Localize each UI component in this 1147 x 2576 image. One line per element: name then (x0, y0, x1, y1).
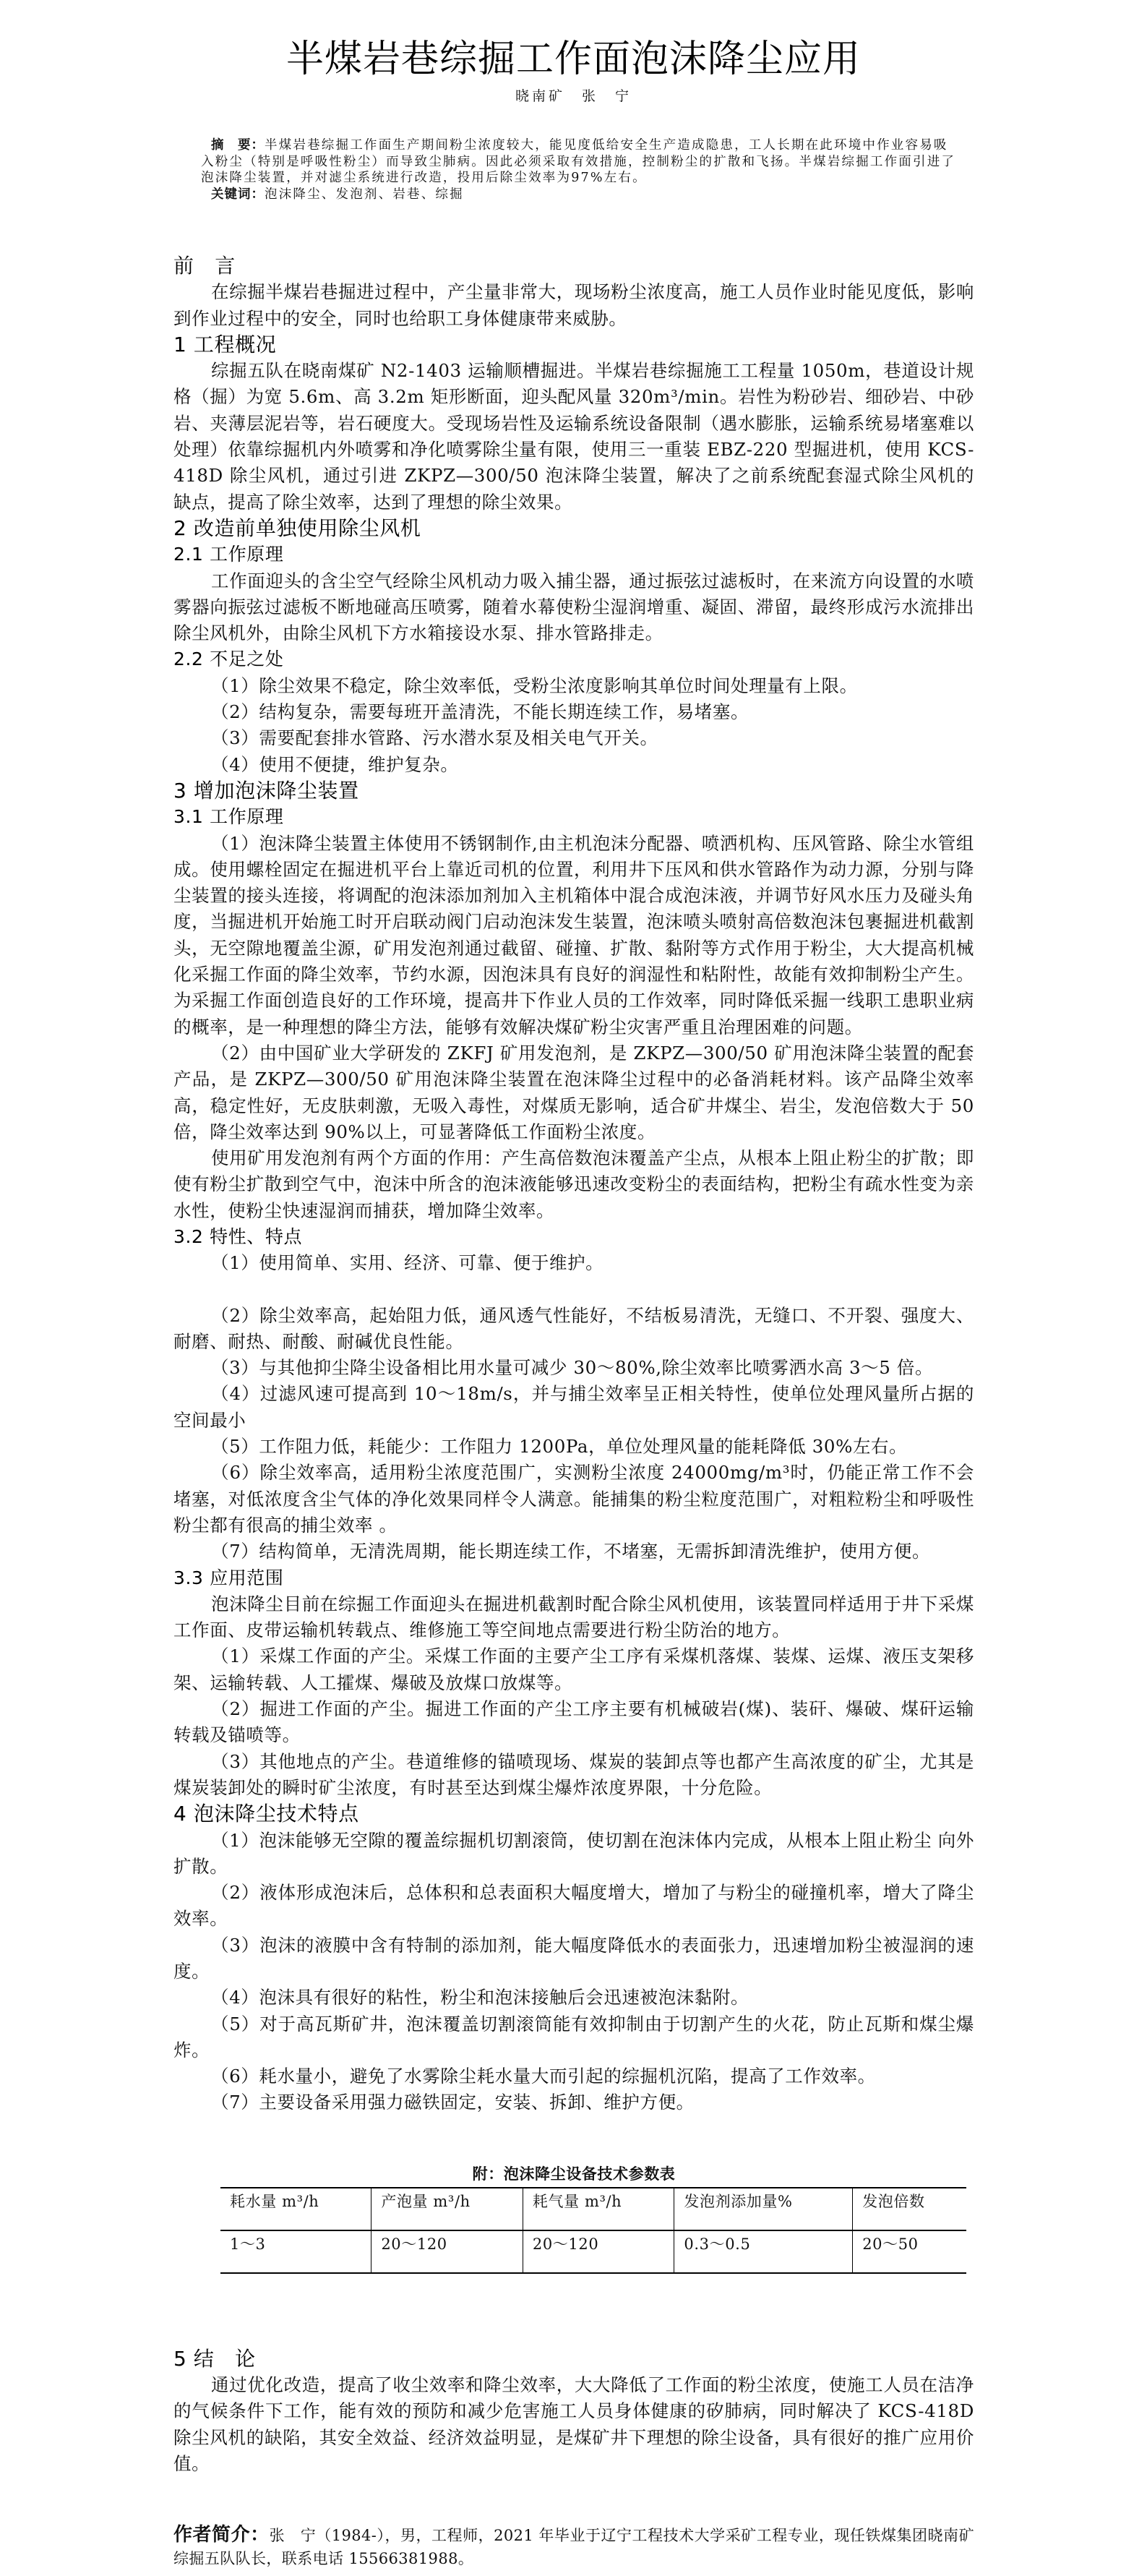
paragraph: （1）泡沫降尘装置主体使用不锈钢制作,由主机泡沫分配器、喷洒机构、压风管路、除尘… (173, 831, 974, 1040)
heading-section-2-2: 2.2 不足之处 (173, 646, 974, 672)
abstract-text: 半煤岩巷综掘工作面生产期间粉尘浓度较大，能见度低给安全生产造成隐患，工人长期在此… (201, 138, 955, 185)
list-item: （3）与其他抑尘降尘设备相比用水量可减少 30～80%,除尘效率比喷雾洒水高 3… (173, 1355, 974, 1381)
table-caption: 附：泡沫降尘设备技术参数表 (173, 2164, 974, 2184)
paragraph: 使用矿用发泡剂有两个方面的作用：产生高倍数泡沫覆盖产尘点，从根本上阻止粉尘的扩散… (173, 1145, 974, 1224)
table-header-cell: 发泡剂添加量% (674, 2188, 853, 2230)
list-item: （2）除尘效率高，起始阻力低，通风透气性能好，不结板易清洗，无缝口、不开裂、强度… (173, 1303, 974, 1356)
list-item: （1）使用简单、实用、经济、可靠、便于维护。 (173, 1250, 974, 1276)
heading-section-3-3: 3.3 应用范围 (173, 1565, 974, 1591)
list-item: （3）泡沫的液膜中含有特制的添加剂，能大幅度降低水的表面张力，迅速增加粉尘被湿润… (173, 1933, 974, 1985)
spacer (173, 2274, 974, 2346)
table-header-row: 耗水量 m³/h 产泡量 m³/h 耗气量 m³/h 发泡剂添加量% 发泡倍数 (220, 2188, 966, 2230)
paragraph: 泡沫降尘目前在综掘工作面迎头在掘进机截割时配合除尘风机使用，该装置同样适用于井下… (173, 1591, 974, 1644)
table-header-cell: 发泡倍数 (853, 2188, 966, 2230)
list-item: （7）主要设备采用强力磁铁固定，安装、拆卸、维护方便。 (173, 2089, 974, 2115)
table-cell: 20～50 (853, 2230, 966, 2273)
heading-section-3: 3 增加泡沫降尘装置 (173, 778, 974, 804)
spacer (173, 2477, 974, 2523)
list-item: （3）其他地点的产尘。巷道维修的锚喷现场、煤炭的装卸点等也都产生高浓度的矿尘，尤… (173, 1749, 974, 1802)
table-header-cell: 耗水量 m³/h (220, 2188, 371, 2230)
heading-section-2: 2 改造前单独使用除尘风机 (173, 515, 974, 542)
paragraph: 通过优化改造，提高了收尘效率和降尘效率，大大降低了工作面的粉尘浓度，使施工人员在… (173, 2372, 974, 2477)
list-item: （6）耗水量小，避免了水雾除尘耗水量大而引起的综掘机沉陷，提高了工作效率。 (173, 2063, 974, 2089)
paragraph: 在综掘半煤岩巷掘进过程中，产尘量非常大，现场粉尘浓度高，施工人员作业时能见度低，… (173, 279, 974, 332)
abstract-paragraph: 摘 要：半煤岩巷综掘工作面生产期间粉尘浓度较大，能见度低给安全生产造成隐患，工人… (201, 137, 960, 187)
author-line: 晓南矿 张 宁 (0, 87, 1147, 106)
article-body: 前 言 在综掘半煤岩巷掘进过程中，产尘量非常大，现场粉尘浓度高，施工人员作业时能… (173, 253, 974, 2570)
table-cell: 20～120 (523, 2230, 674, 2273)
list-item: （5）工作阻力低，耗能少：工作阻力 1200Pa，单位处理风量的能耗降低 30%… (173, 1434, 974, 1460)
table-row: 1～3 20～120 20～120 0.3～0.5 20～50 (220, 2230, 966, 2273)
list-item: （6）除尘效率高，适用粉尘浓度范围广，实测粉尘浓度 24000mg/m³时，仍能… (173, 1460, 974, 1539)
document-page: 半煤岩巷综掘工作面泡沫降尘应用 晓南矿 张 宁 摘 要：半煤岩巷综掘工作面生产期… (0, 0, 1147, 2576)
list-item: （4）泡沫具有很好的粘性，粉尘和泡沫接触后会迅速被泡沫黏附。 (173, 1985, 974, 2011)
list-item: （1）泡沫能够无空隙的覆盖综掘机切割滚筒，使切割在泡沫体内完成，从根本上阻止粉尘… (173, 1828, 974, 1880)
heading-section-5: 5 结 论 (173, 2346, 974, 2372)
heading-section-1: 1 工程概况 (173, 332, 974, 358)
abstract-label: 摘 要： (211, 138, 265, 153)
list-item: （4）过滤风速可提高到 10～18m/s，并与捕尘效率呈正相关特性，使单位处理风… (173, 1381, 974, 1434)
table-cell: 20～120 (371, 2230, 523, 2273)
table-header-cell: 耗气量 m³/h (523, 2188, 674, 2230)
table-header-cell: 产泡量 m³/h (371, 2188, 523, 2230)
paragraph: （2）由中国矿业大学研发的 ZKFJ 矿用发泡剂，是 ZKPZ—300/50 矿… (173, 1040, 974, 1145)
heading-section-4: 4 泡沫降尘技术特点 (173, 1801, 974, 1827)
keywords-text: 泡沫降尘、发泡剂、岩巷、综掘 (265, 187, 464, 202)
heading-section-3-2: 3.2 特性、特点 (173, 1224, 974, 1250)
list-item: （2）结构复杂，需要每班开盖清洗，不能长期连续工作，易堵塞。 (173, 699, 974, 725)
document-title: 半煤岩巷综掘工作面泡沫降尘应用 (0, 34, 1147, 85)
list-item: （1）除尘效果不稳定，除尘效率低，受粉尘浓度影响其单位时间处理量有上限。 (173, 673, 974, 699)
table-cell: 0.3～0.5 (674, 2230, 853, 2273)
author-bio-text: 张 宁（1984-），男，工程师，2021 年毕业于辽宁工程技术大学采矿工程专业… (173, 2527, 974, 2567)
list-item: （3）需要配套排水管路、污水潜水泵及相关电气开关。 (173, 725, 974, 751)
heading-section-3-1: 3.1 工作原理 (173, 804, 974, 830)
keywords-line: 关键词：泡沫降尘、发泡剂、岩巷、综掘 (211, 187, 960, 203)
heading-preface: 前 言 (173, 253, 974, 279)
list-item: （2）掘进工作面的产尘。掘进工作面的产尘工序主要有机械破岩(煤)、装矸、爆破、煤… (173, 1696, 974, 1749)
parameters-table: 耗水量 m³/h 产泡量 m³/h 耗气量 m³/h 发泡剂添加量% 发泡倍数 … (220, 2187, 966, 2274)
table-cell: 1～3 (220, 2230, 371, 2273)
paragraph: 综掘五队在晓南煤矿 N2-1403 运输顺槽掘进。半煤岩巷综掘施工工程量 105… (173, 358, 974, 515)
author-bio-label: 作者简介： (173, 2524, 270, 2546)
paragraph: 工作面迎头的含尘空气经除尘风机动力吸入捕尘器，通过振弦过滤板时，在来流方向设置的… (173, 568, 974, 647)
spacer (173, 1277, 974, 1303)
list-item: （2）液体形成泡沫后，总体积和总表面积大幅度增大，增加了与粉尘的碰撞机率，增大了… (173, 1880, 974, 1933)
list-item: （1）采煤工作面的产尘。采煤工作面的主要产尘工序有采煤机落煤、装煤、运煤、液压支… (173, 1643, 974, 1696)
author-bio: 作者简介：张 宁（1984-），男，工程师，2021 年毕业于辽宁工程技术大学采… (173, 2523, 974, 2570)
list-item: （5）对于高瓦斯矿井，泡沫覆盖切割滚筒能有效抑制由于切割产生的火花，防止瓦斯和煤… (173, 2011, 974, 2064)
list-item: （7）结构简单，无清洗周期，能长期连续工作，不堵塞，无需拆卸清洗维护，使用方便。 (173, 1539, 974, 1565)
keywords-label: 关键词： (211, 187, 265, 202)
list-item: （4）使用不便捷，维护复杂。 (173, 752, 974, 778)
abstract-block: 摘 要：半煤岩巷综掘工作面生产期间粉尘浓度较大，能见度低给安全生产造成隐患，工人… (201, 137, 960, 202)
heading-section-2-1: 2.1 工作原理 (173, 542, 974, 568)
